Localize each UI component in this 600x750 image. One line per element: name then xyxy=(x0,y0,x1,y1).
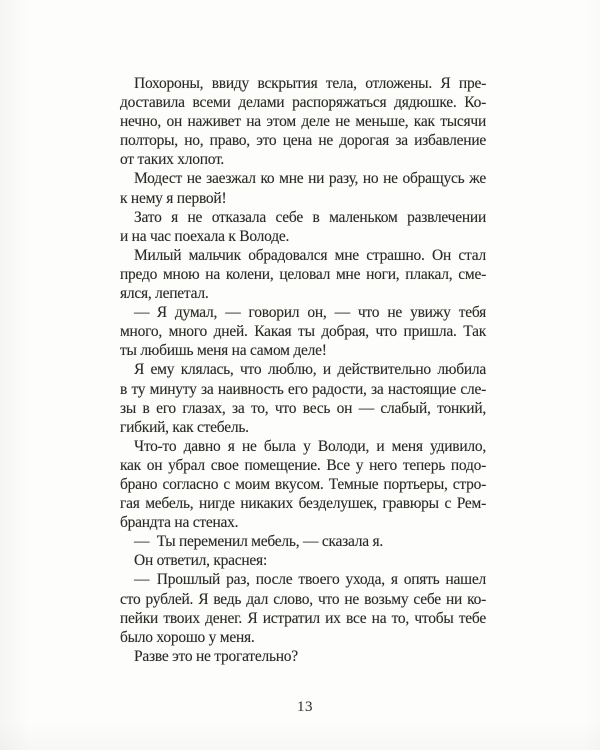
text-line: зы в его глазах, за то, что весь он — сл… xyxy=(120,399,486,418)
text-line: ты любишь меня на самом деле! xyxy=(120,341,486,360)
text-block: Похороны, ввиду вскрытия тела, отложены.… xyxy=(120,74,486,666)
text-line: брано согласно с моим вкусом. Темные пор… xyxy=(120,475,486,494)
text-line: брандта на стенах. xyxy=(120,513,486,532)
text-line: предо мною на колени, целовал мне ноги, … xyxy=(120,265,486,284)
text-line: ялся, лепетал. xyxy=(120,284,486,303)
text-line: Милый мальчик обрадовался мне страшно. О… xyxy=(120,246,486,265)
text-line: — Я думал, — говорил он, — что не увижу … xyxy=(120,303,486,322)
text-line: доставила всеми делами распоряжаться дяд… xyxy=(120,93,486,112)
text-line: как он убрал свое помещение. Все у него … xyxy=(120,456,486,475)
text-line: от таких хлопот. xyxy=(120,150,486,169)
text-line: пейки твоих денег. Я истратил их все на … xyxy=(120,609,486,628)
text-line: Модест не заезжал ко мне ни разу, но не … xyxy=(120,169,486,188)
text-line: Он ответил, краснея: xyxy=(120,551,486,570)
text-line: гая мебель, нигде никаких безделушек, гр… xyxy=(120,494,486,513)
text-line: Похороны, ввиду вскрытия тела, отложены.… xyxy=(120,74,486,93)
text-line: Зато я не отказала себе в маленьком разв… xyxy=(120,208,486,227)
text-line: Что-то давно я не была у Володи, и меня … xyxy=(120,437,486,456)
text-line: полторы, но, право, это цена не дорогая … xyxy=(120,131,486,150)
page-number: 13 xyxy=(120,699,490,716)
text-line: Я ему клялась, что люблю, и действительн… xyxy=(120,360,486,379)
text-line: — Ты переменил мебель, — сказала я. xyxy=(120,532,486,551)
text-line: нечно, он наживет на этом деле не меньше… xyxy=(120,112,486,131)
text-line: много, много дней. Какая ты добрая, что … xyxy=(120,322,486,341)
text-line: Разве это не трогательно? xyxy=(120,647,486,666)
text-line: — Прошлый раз, после твоего ухода, я опя… xyxy=(120,570,486,589)
text-line: было хорошо у меня. xyxy=(120,628,486,647)
book-page: Похороны, ввиду вскрытия тела, отложены.… xyxy=(0,0,600,750)
text-line: гибкий, как стебель. xyxy=(120,418,486,437)
text-line: к нему я первой! xyxy=(120,189,486,208)
text-line: в ту минуту за наивность его радости, за… xyxy=(120,380,486,399)
text-line: и на час поехала к Володе. xyxy=(120,227,486,246)
text-line: сто рублей. Я ведь дал слово, что не воз… xyxy=(120,590,486,609)
